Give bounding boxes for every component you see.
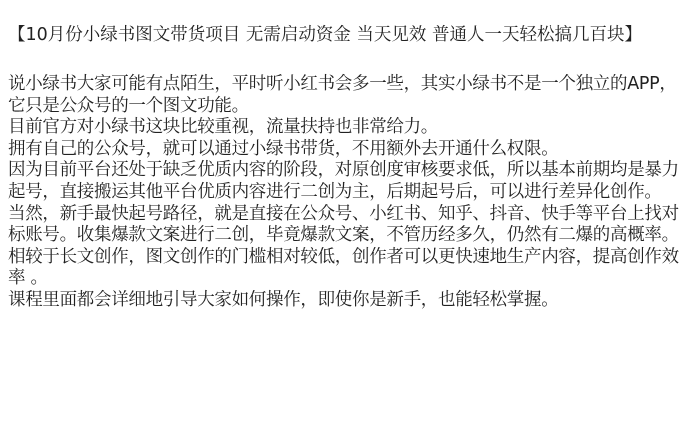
paragraph-course-guide: 课程里面都会详细地引导大家如何操作，即使你是新手，也能轻松掌握。 [8,290,684,312]
paragraph-requirements: 拥有自己的公众号，就可以通过小绿书带货，不用额外去开通什么权限。 [8,139,684,161]
article-title: 【10月份小绿书图文带货项目 无需启动资金 当天见效 普通人一天轻松搞几百块】 [8,24,684,46]
paragraph-official-support: 目前官方对小绿书这块比较重视，流量扶持也非常给力。 [8,117,684,139]
paragraph-strategy: 因为目前平台还处于缺乏优质内容的阶段，对原创度审核要求低，所以基本前期均是暴力起… [8,160,684,203]
article-body: 说小绿书大家可能有点陌生，平时听小红书会多一些，其实小绿书不是一个独立的APP，… [8,74,684,312]
paragraph-fastest-path: 当然，新手最快起号路径，就是直接在公众号、小红书、知乎、抖音、快手等平台上找对标… [8,204,684,247]
paragraph-intro: 说小绿书大家可能有点陌生，平时听小红书会多一些，其实小绿书不是一个独立的APP，… [8,74,684,117]
article: 【10月份小绿书图文带货项目 无需启动资金 当天见效 普通人一天轻松搞几百块】 … [8,24,684,312]
paragraph-efficiency: 相较于长文创作，图文创作的门槛相对较低，创作者可以更快速地生产内容，提高创作效率… [8,247,684,290]
